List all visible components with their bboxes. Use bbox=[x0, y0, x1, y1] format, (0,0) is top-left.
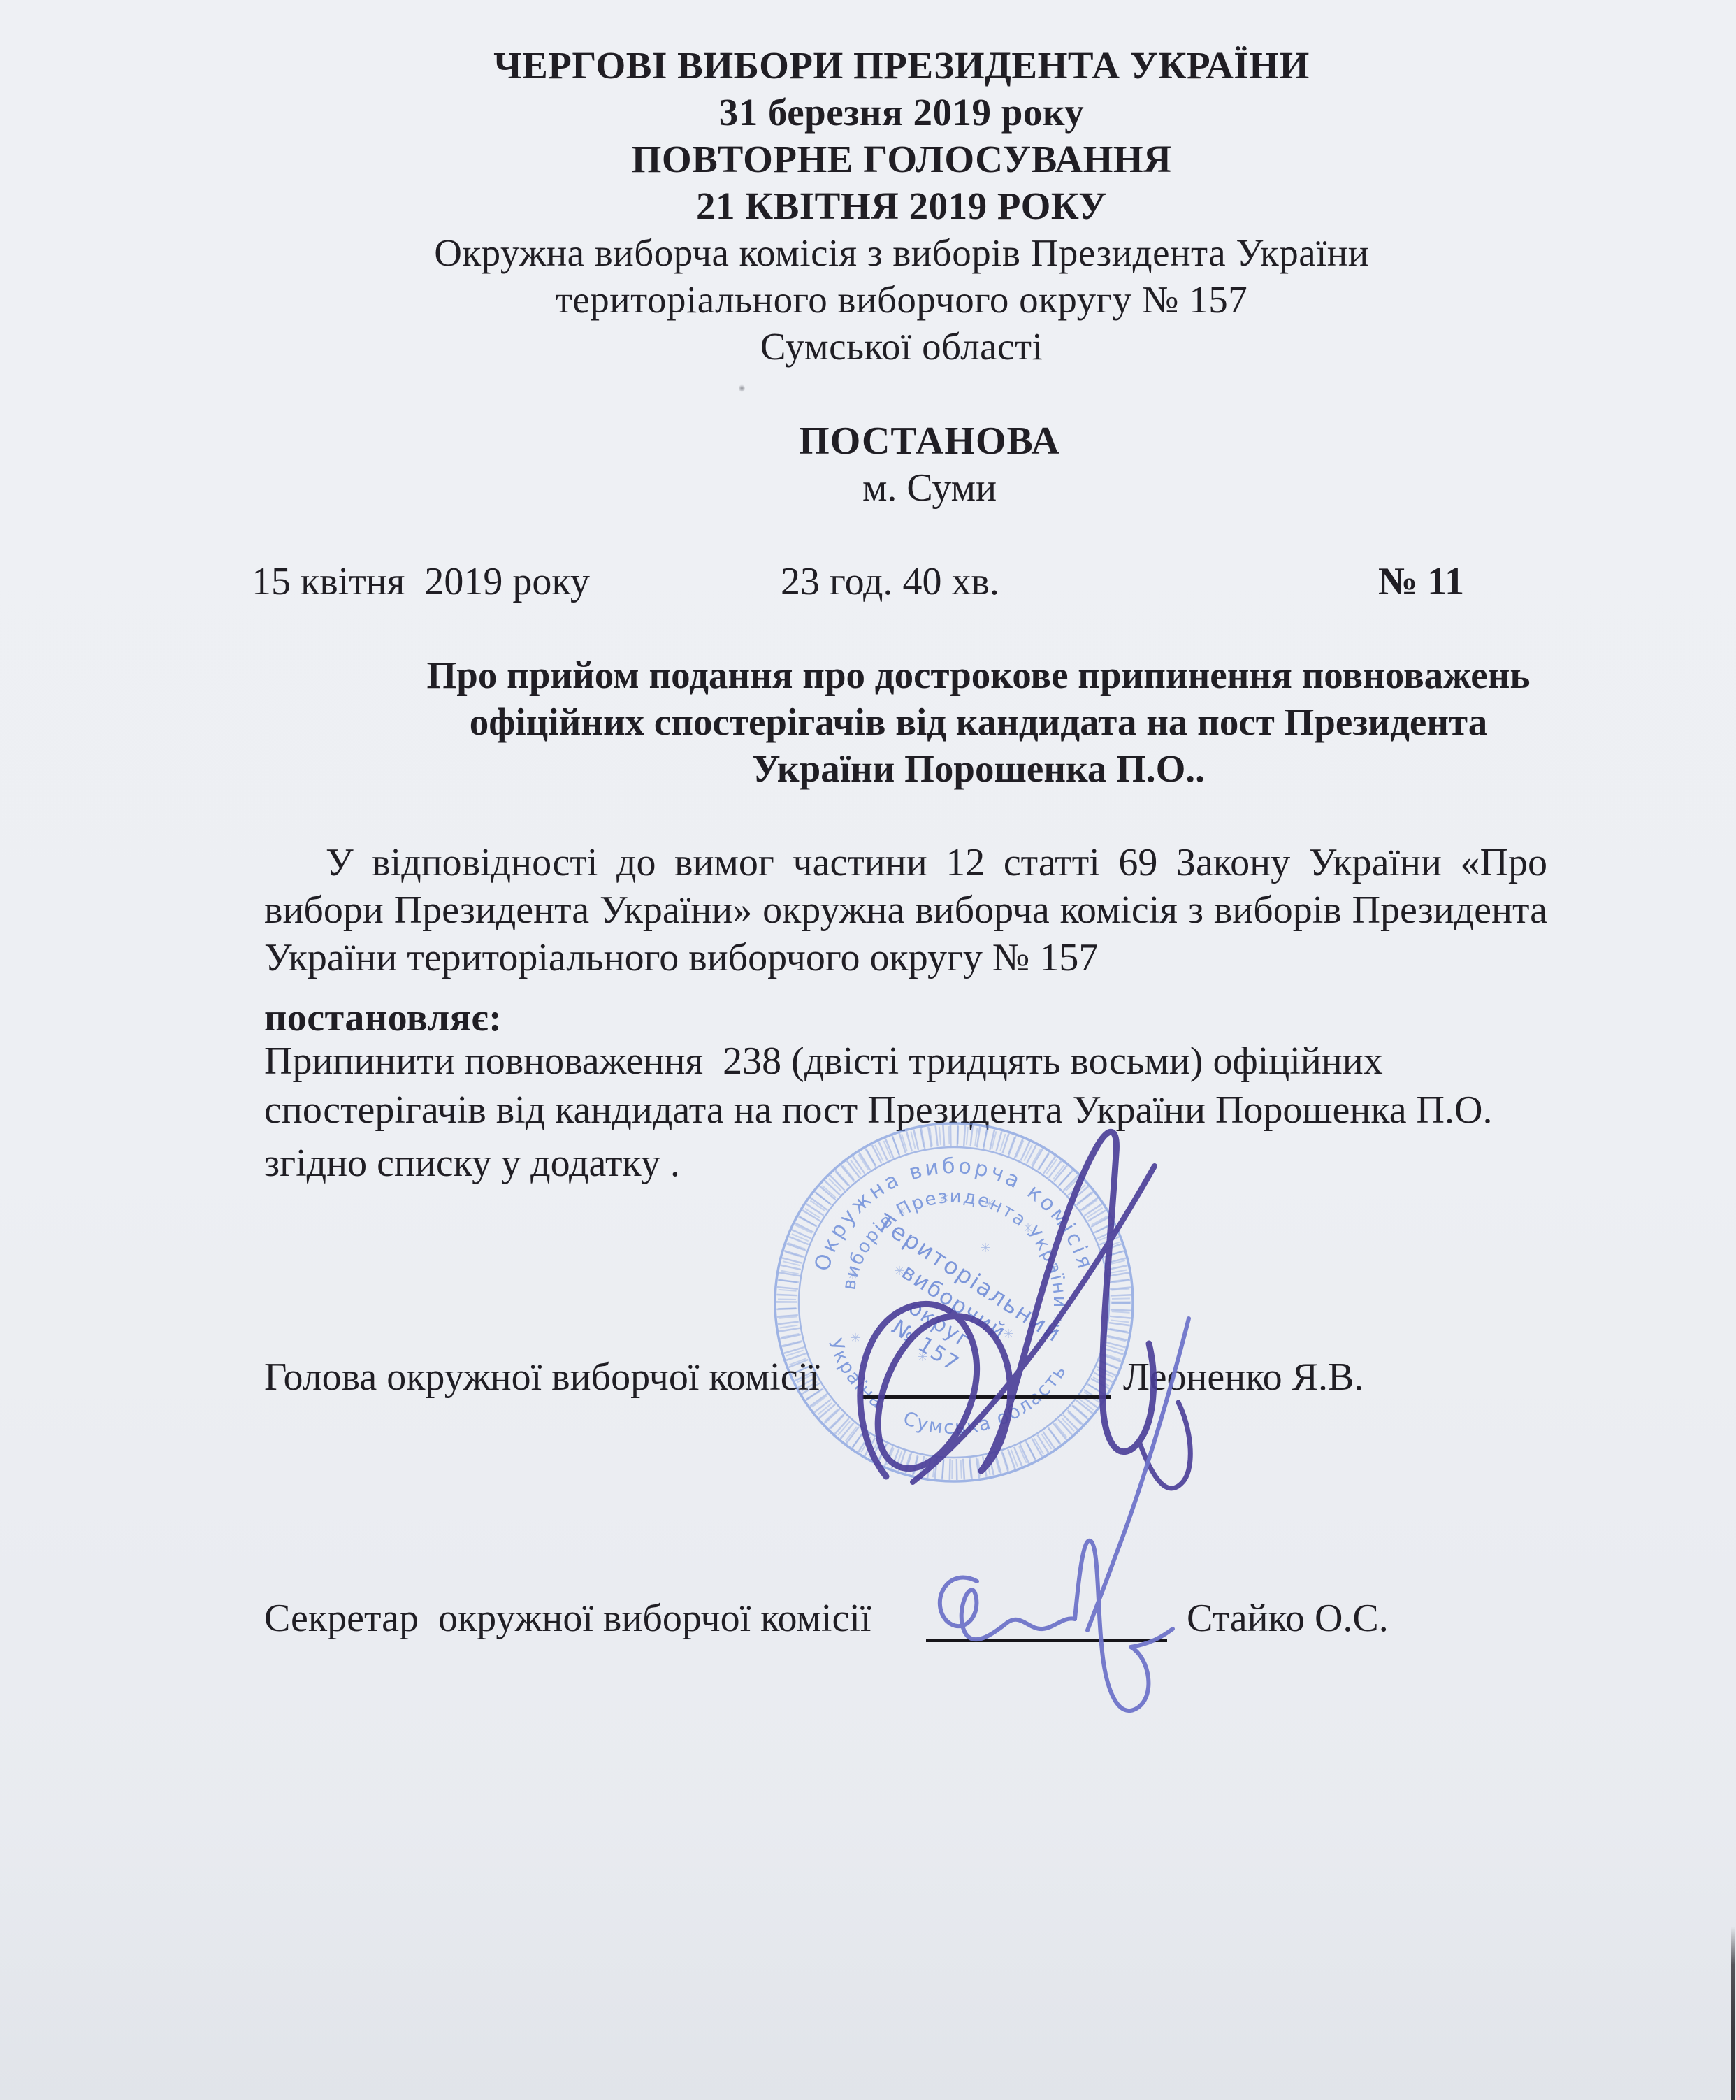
svg-text:✳: ✳ bbox=[1052, 1314, 1062, 1328]
svg-text:✳: ✳ bbox=[984, 1197, 994, 1211]
svg-text:✳: ✳ bbox=[850, 1331, 860, 1346]
doc-title-line: Про прийом подання про дострокове припин… bbox=[221, 652, 1736, 698]
secretary-signature-line bbox=[926, 1639, 1167, 1642]
doc-time: 23 год. 40 хв. bbox=[781, 559, 999, 604]
svg-text:✳: ✳ bbox=[896, 1204, 906, 1219]
stamp-arc-left-textpath: Україна bbox=[824, 1336, 888, 1414]
election-name-line: ЧЕРГОВІ ВИБОРИ ПРЕЗИДЕНТА УКРАЇНИ bbox=[67, 42, 1736, 89]
doc-type-block: ПОСТАНОВА м. Суми bbox=[123, 418, 1736, 512]
document-header: ЧЕРГОВІ ВИБОРИ ПРЕЗИДЕНТА УКРАЇНИ 31 бер… bbox=[67, 42, 1736, 370]
svg-text:✳: ✳ bbox=[980, 1241, 990, 1256]
secretary-role-label: Секретар окружної виборчої комісії bbox=[264, 1596, 871, 1641]
doc-place: м. Суми bbox=[123, 465, 1736, 512]
paragraph-line: України територіального виборчого округу… bbox=[264, 934, 1547, 981]
doc-title-line: офіційних спостерігачів від кандидата на… bbox=[221, 698, 1736, 745]
commission-name-line: Окружна виборча комісія з виборів Презид… bbox=[67, 229, 1736, 276]
doc-meta-row: 15 квітня 2019 року 23 год. 40 хв. № 11 bbox=[0, 559, 1736, 608]
head-role-label: Голова окружної виборчої комісії bbox=[264, 1355, 820, 1400]
resolves-label: постановляє: bbox=[264, 995, 502, 1040]
svg-text:✳: ✳ bbox=[1003, 1327, 1013, 1342]
oblast-line: Сумської області bbox=[67, 323, 1736, 370]
scan-edge-line-artifact bbox=[1731, 1927, 1735, 2100]
svg-text:✳: ✳ bbox=[894, 1264, 904, 1279]
svg-text:✳: ✳ bbox=[1022, 1221, 1033, 1236]
head-signature-line bbox=[862, 1395, 1111, 1399]
scan-bottom-shading bbox=[0, 1818, 1736, 2100]
paragraph-line: У відповідності до вимог частини 12 стат… bbox=[264, 839, 1547, 886]
doc-title: Про прийом подання про дострокове припин… bbox=[221, 652, 1736, 792]
repeat-voting-date-line: 21 КВІТНЯ 2019 РОКУ bbox=[67, 182, 1736, 229]
body-paragraph: У відповідності до вимог частини 12 стат… bbox=[264, 839, 1547, 981]
scanned-resolution-page: ЧЕРГОВІ ВИБОРИ ПРЕЗИДЕНТА УКРАЇНИ 31 бер… bbox=[0, 0, 1736, 2100]
doc-number: № 11 bbox=[1378, 559, 1464, 604]
svg-text:✳: ✳ bbox=[847, 1268, 858, 1283]
repeat-voting-line: ПОВТОРНЕ ГОЛОСУВАННЯ bbox=[67, 136, 1736, 182]
svg-text:✳: ✳ bbox=[1047, 1260, 1057, 1274]
district-number-line: територіального виборчого округу № 157 bbox=[67, 276, 1736, 323]
resolution-line: Припинити повноваження 238 (двісті тридц… bbox=[264, 1039, 1383, 1084]
head-name: Леоненко Я.В. bbox=[1123, 1355, 1364, 1400]
svg-text:✳: ✳ bbox=[917, 1350, 927, 1365]
paragraph-line: вибори Президента України» окружна вибор… bbox=[264, 886, 1547, 934]
resolution-line: згідно списку у додатку . bbox=[264, 1141, 680, 1186]
commission-round-stamp: Окружна виборча комісія з виборів Презид… bbox=[771, 1119, 1137, 1486]
doc-type-label: ПОСТАНОВА bbox=[123, 418, 1736, 465]
secretary-name: Стайко О.С. bbox=[1187, 1596, 1389, 1641]
doc-date: 15 квітня 2019 року bbox=[252, 559, 590, 604]
scan-speck-artifact bbox=[739, 384, 745, 392]
election-date-line: 31 березня 2019 року bbox=[67, 89, 1736, 136]
svg-text:✳: ✳ bbox=[939, 1191, 950, 1206]
stamp-arc-left-text: Україна bbox=[824, 1336, 888, 1414]
doc-title-line: України Порошенка П.О.. bbox=[221, 745, 1736, 792]
